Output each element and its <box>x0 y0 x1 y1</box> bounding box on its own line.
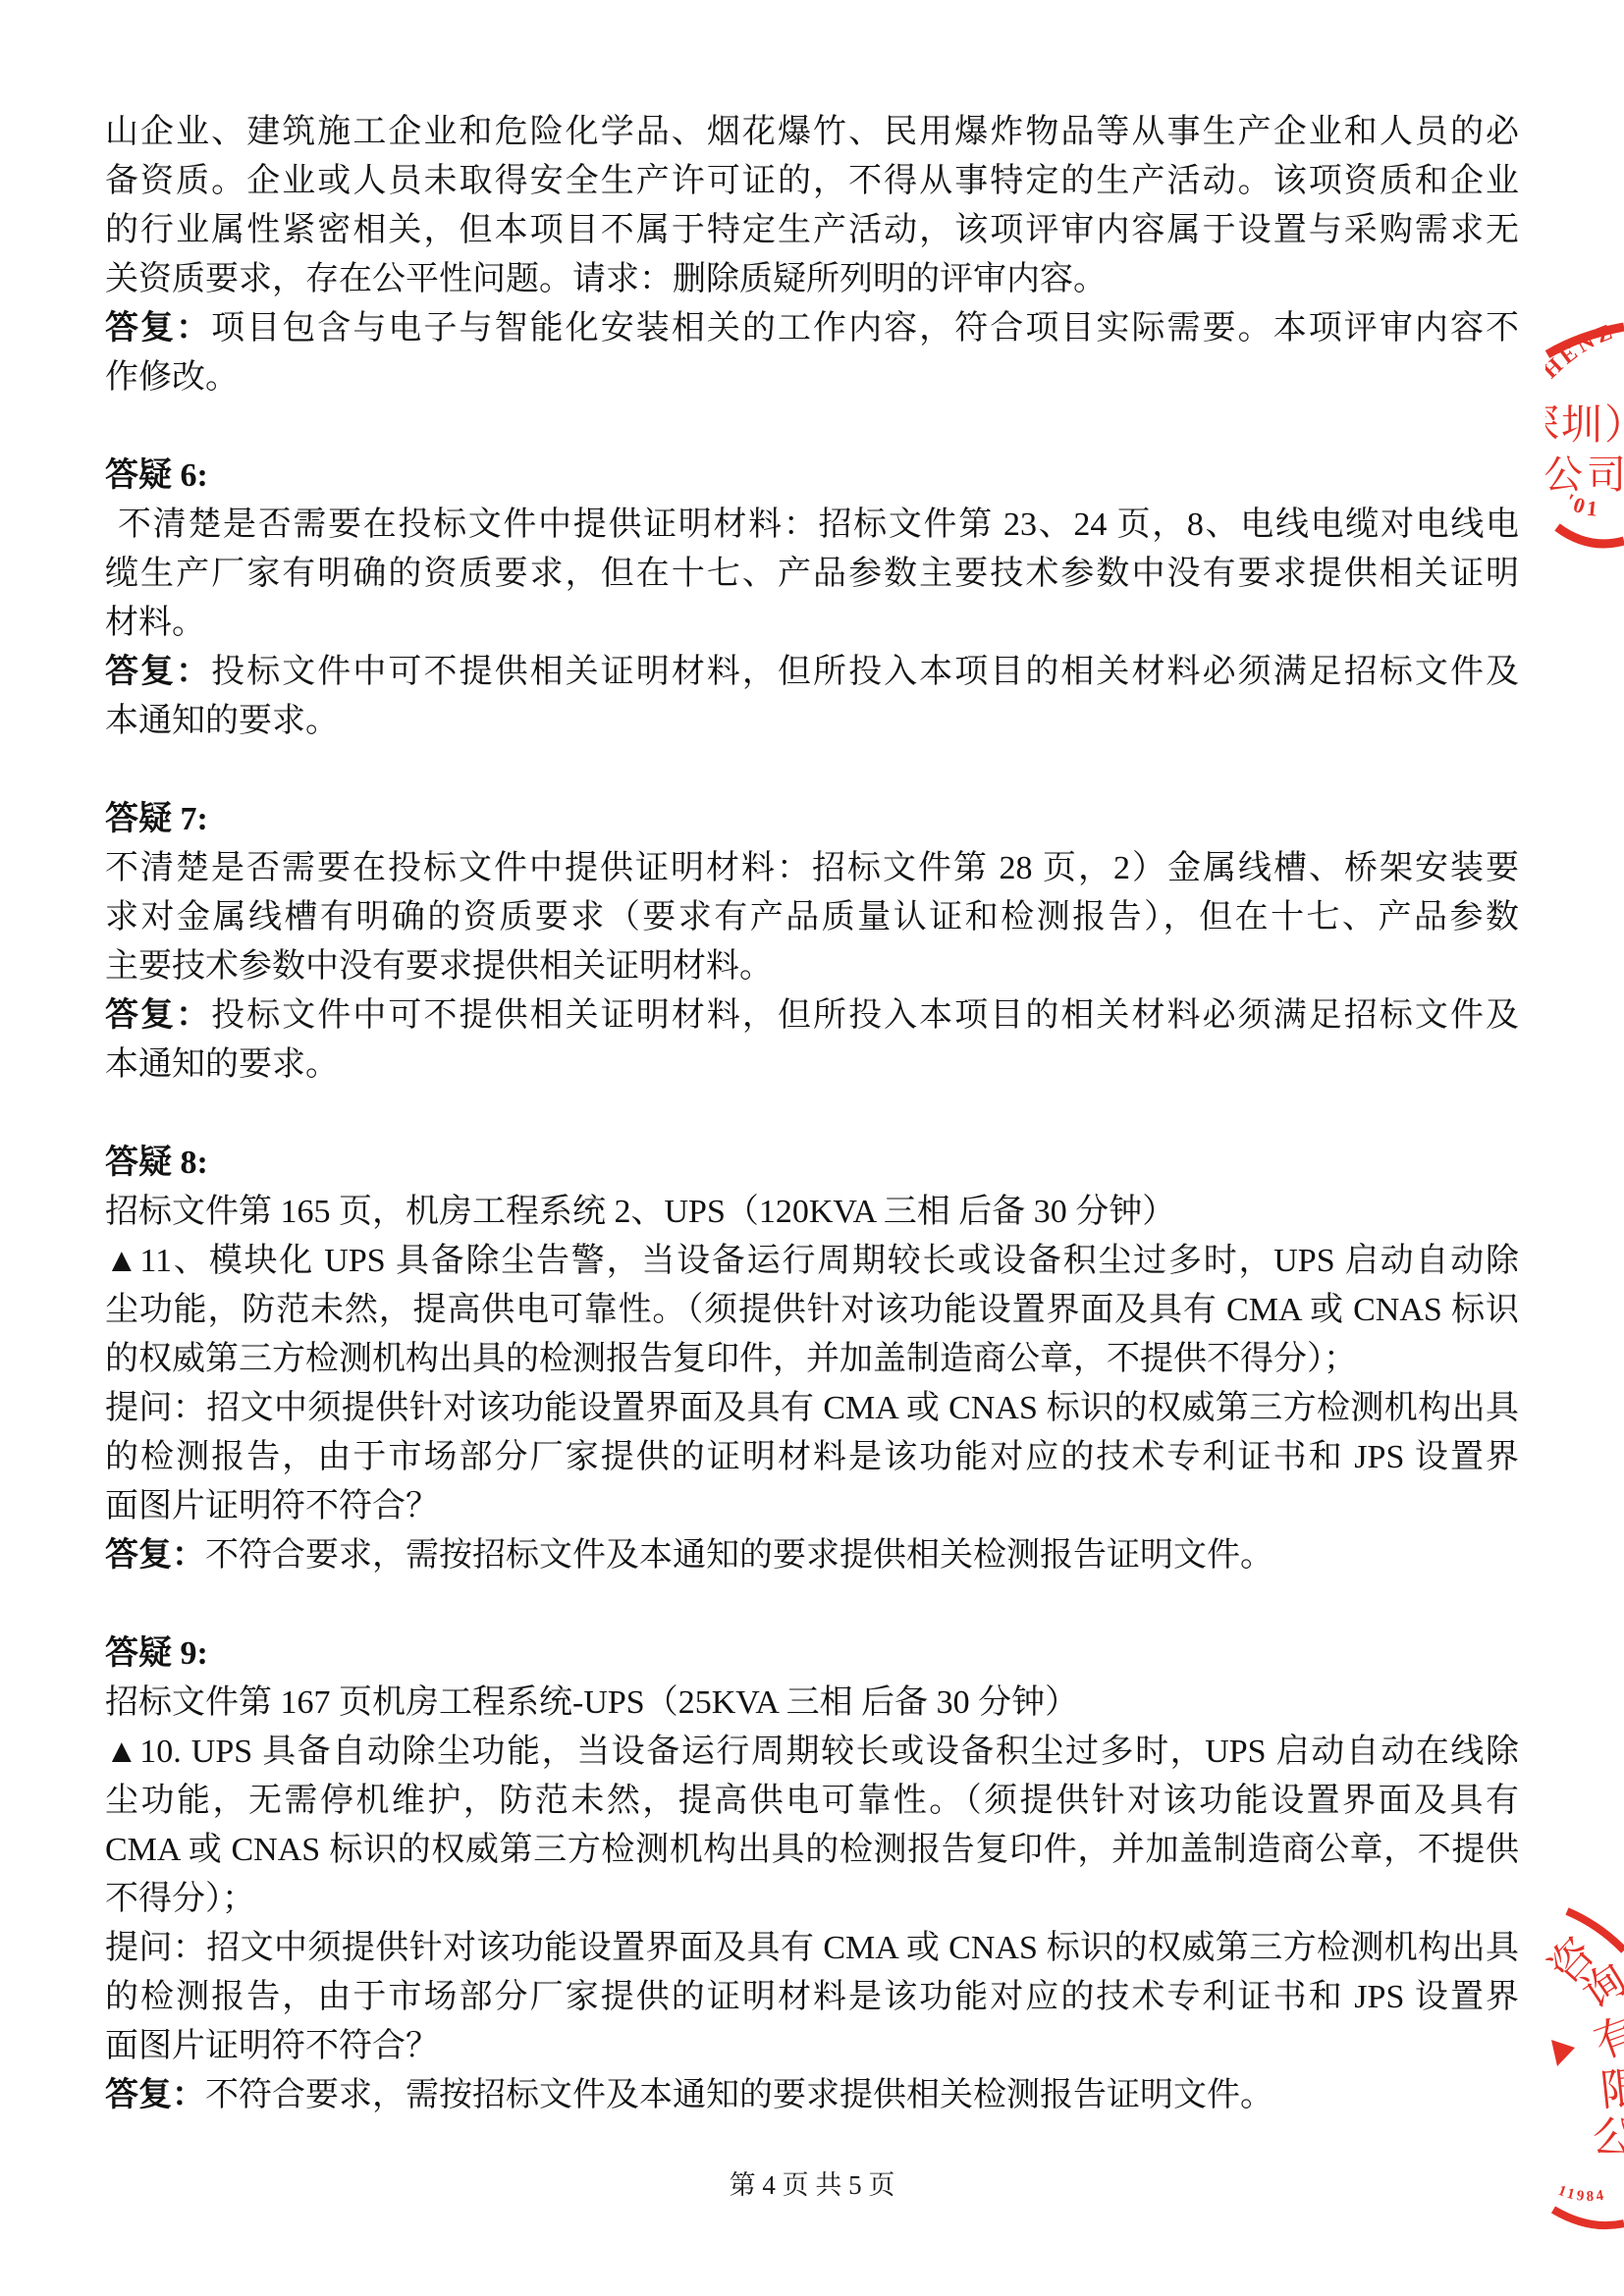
text-line: 不清楚是否需要在投标文件中提供证明材料：招标文件第 28 页，2）金属线槽、桥架… <box>105 844 1519 893</box>
seal-star-tip <box>1551 2040 1575 2066</box>
seal-cn-row1: 深圳） <box>1545 403 1624 449</box>
text-line: 不得分）； <box>105 1875 1519 1924</box>
text-line: 尘功能，防范未然，提高供电可靠性。（须提供针对该功能设置界面及具有 CMA 或 … <box>105 1286 1519 1335</box>
section-header: 答疑 7: <box>105 795 1519 844</box>
document-page: 山企业、建筑施工企业和危险化学品、烟花爆竹、民用爆炸物品等从事生产企业和人员的必… <box>0 0 1624 2296</box>
seal-ring-char: 限 <box>1598 2063 1624 2115</box>
text-line: 提问：招文中须提供针对该功能设置界面及具有 CMA 或 CNAS 标识的权威第三… <box>105 1384 1519 1433</box>
text-line: 招标文件第 167 页机房工程系统-UPS（25KVA 三相 后备 30 分钟） <box>105 1679 1519 1728</box>
text-line: 尘功能，无需停机维护，防范未然，提高供电可靠性。（须提供针对该功能设置界面及具有 <box>105 1777 1519 1826</box>
seal-bottom-arc <box>1553 2210 1624 2225</box>
seal-ring-char: 公 <box>1590 2111 1624 2165</box>
text-line: 备资质。企业或人员未取得安全生产许可证的，不得从事特定的生产活动。该项资质和企业 <box>105 157 1519 206</box>
reply-label: 答复： <box>105 1537 205 1574</box>
text-line: 的行业属性紧密相关，但本项目不属于特定生产活动，该项评审内容属于设置与采购需求无 <box>105 206 1519 255</box>
reply-line: 答复：项目包含与电子与智能化安装相关的工作内容，符合项目实际需要。本项评审内容不 <box>105 304 1519 353</box>
blank-line <box>105 402 1519 452</box>
text-line: 的检测报告，由于市场部分厂家提供的证明材料是该功能对应的技术专利证书和 JPS … <box>105 1433 1519 1482</box>
text-line: 的权威第三方检测机构出具的检测报告复印件，并加盖制造商公章，不提供不得分）； <box>105 1335 1519 1384</box>
blank-line <box>105 1090 1519 1139</box>
text-line: 本通知的要求。 <box>105 697 1519 746</box>
company-seal-top: HENZ 深圳） 公 司 '01 <box>1545 319 1624 555</box>
seal-cn-row2-left: 公 <box>1545 453 1583 497</box>
text-line: 面图片证明符不符合？ <box>105 2022 1519 2071</box>
reply-line: 答复：不符合要求，需按招标文件及本通知的要求提供相关检测报告证明文件。 <box>105 1531 1519 1580</box>
reply-line: 答复：投标文件中可不提供相关证明材料，但所投入本项目的相关材料必须满足招标文件及 <box>105 648 1519 697</box>
section-header: 答疑 9: <box>105 1629 1519 1679</box>
seal-latin-text: HENZ <box>1545 319 1619 383</box>
company-seal-bottom: 咨 询 有 限 公 11984 <box>1545 1899 1624 2233</box>
reply-line: 答复：投标文件中可不提供相关证明材料，但所投入本项目的相关材料必须满足招标文件及 <box>105 991 1519 1041</box>
reply-label: 答复： <box>105 997 211 1034</box>
text-line: 提问：招文中须提供针对该功能设置界面及具有 CMA 或 CNAS 标识的权威第三… <box>105 1924 1519 1973</box>
section-header: 答疑 8: <box>105 1139 1519 1188</box>
text-line: 主要技术参数中没有要求提供相关证明材料。 <box>105 942 1519 991</box>
text-line: 的检测报告，由于市场部分厂家提供的证明材料是该功能对应的技术专利证书和 JPS … <box>105 1973 1519 2022</box>
text-line: 关资质要求，存在公平性问题。请求：删除质疑所列明的评审内容。 <box>105 255 1519 304</box>
section-header: 答疑 6: <box>105 452 1519 501</box>
reply-label: 答复： <box>105 654 211 690</box>
blank-line <box>105 746 1519 795</box>
page-number: 第 4 页 共 5 页 <box>0 2165 1624 2205</box>
text-line: 缆生产厂家有明确的资质要求，但在十七、产品参数主要技术参数中没有要求提供相关证明 <box>105 550 1519 599</box>
blank-line <box>105 1580 1519 1629</box>
seal-bottom-arc <box>1557 527 1624 544</box>
text-line: 作修改。 <box>105 353 1519 402</box>
text-line: 招标文件第 165 页，机房工程系统 2、UPS（120KVA 三相 后备 30… <box>105 1188 1519 1237</box>
text-line: CMA 或 CNAS 标识的权威第三方检测机构出具的检测报告复印件，并加盖制造商… <box>105 1826 1519 1875</box>
document-body: 山企业、建筑施工企业和危险化学品、烟花爆竹、民用爆炸物品等从事生产企业和人员的必… <box>105 108 1519 2120</box>
text-line: ▲11、模块化 UPS 具备除尘告警，当设备运行周期较长或设备积尘过多时，UPS… <box>105 1237 1519 1286</box>
seal-graphic-top: HENZ 深圳） 公 司 '01 <box>1545 319 1624 555</box>
reply-line: 答复：不符合要求，需按招标文件及本通知的要求提供相关检测报告证明文件。 <box>105 2071 1519 2120</box>
text-line: ▲10. UPS 具备自动除尘功能，当设备运行周期较长或设备积尘过多时，UPS … <box>105 1728 1519 1777</box>
text-line: 求对金属线槽有明确的资质要求（要求有产品质量认证和检测报告），但在十七、产品参数 <box>105 893 1519 942</box>
text-line: 本通知的要求。 <box>105 1041 1519 1090</box>
text-line: 面图片证明符不符合？ <box>105 1482 1519 1531</box>
text-line: 不清楚是否需要在投标文件中提供证明材料：招标文件第 23、24 页，8、电线电缆… <box>105 501 1519 550</box>
text-line: 材料。 <box>105 599 1519 648</box>
text-line: 山企业、建筑施工企业和危险化学品、烟花爆竹、民用爆炸物品等从事生产企业和人员的必 <box>105 108 1519 157</box>
seal-cn-row2-right: 司 <box>1587 453 1624 497</box>
reply-label: 答复： <box>105 310 211 347</box>
seal-ring-char: 有 <box>1588 2008 1624 2068</box>
seal-serial-text: 11984 <box>1556 2183 1608 2205</box>
reply-label: 答复： <box>105 2077 205 2113</box>
seal-graphic-bottom: 咨 询 有 限 公 11984 <box>1545 1899 1624 2233</box>
